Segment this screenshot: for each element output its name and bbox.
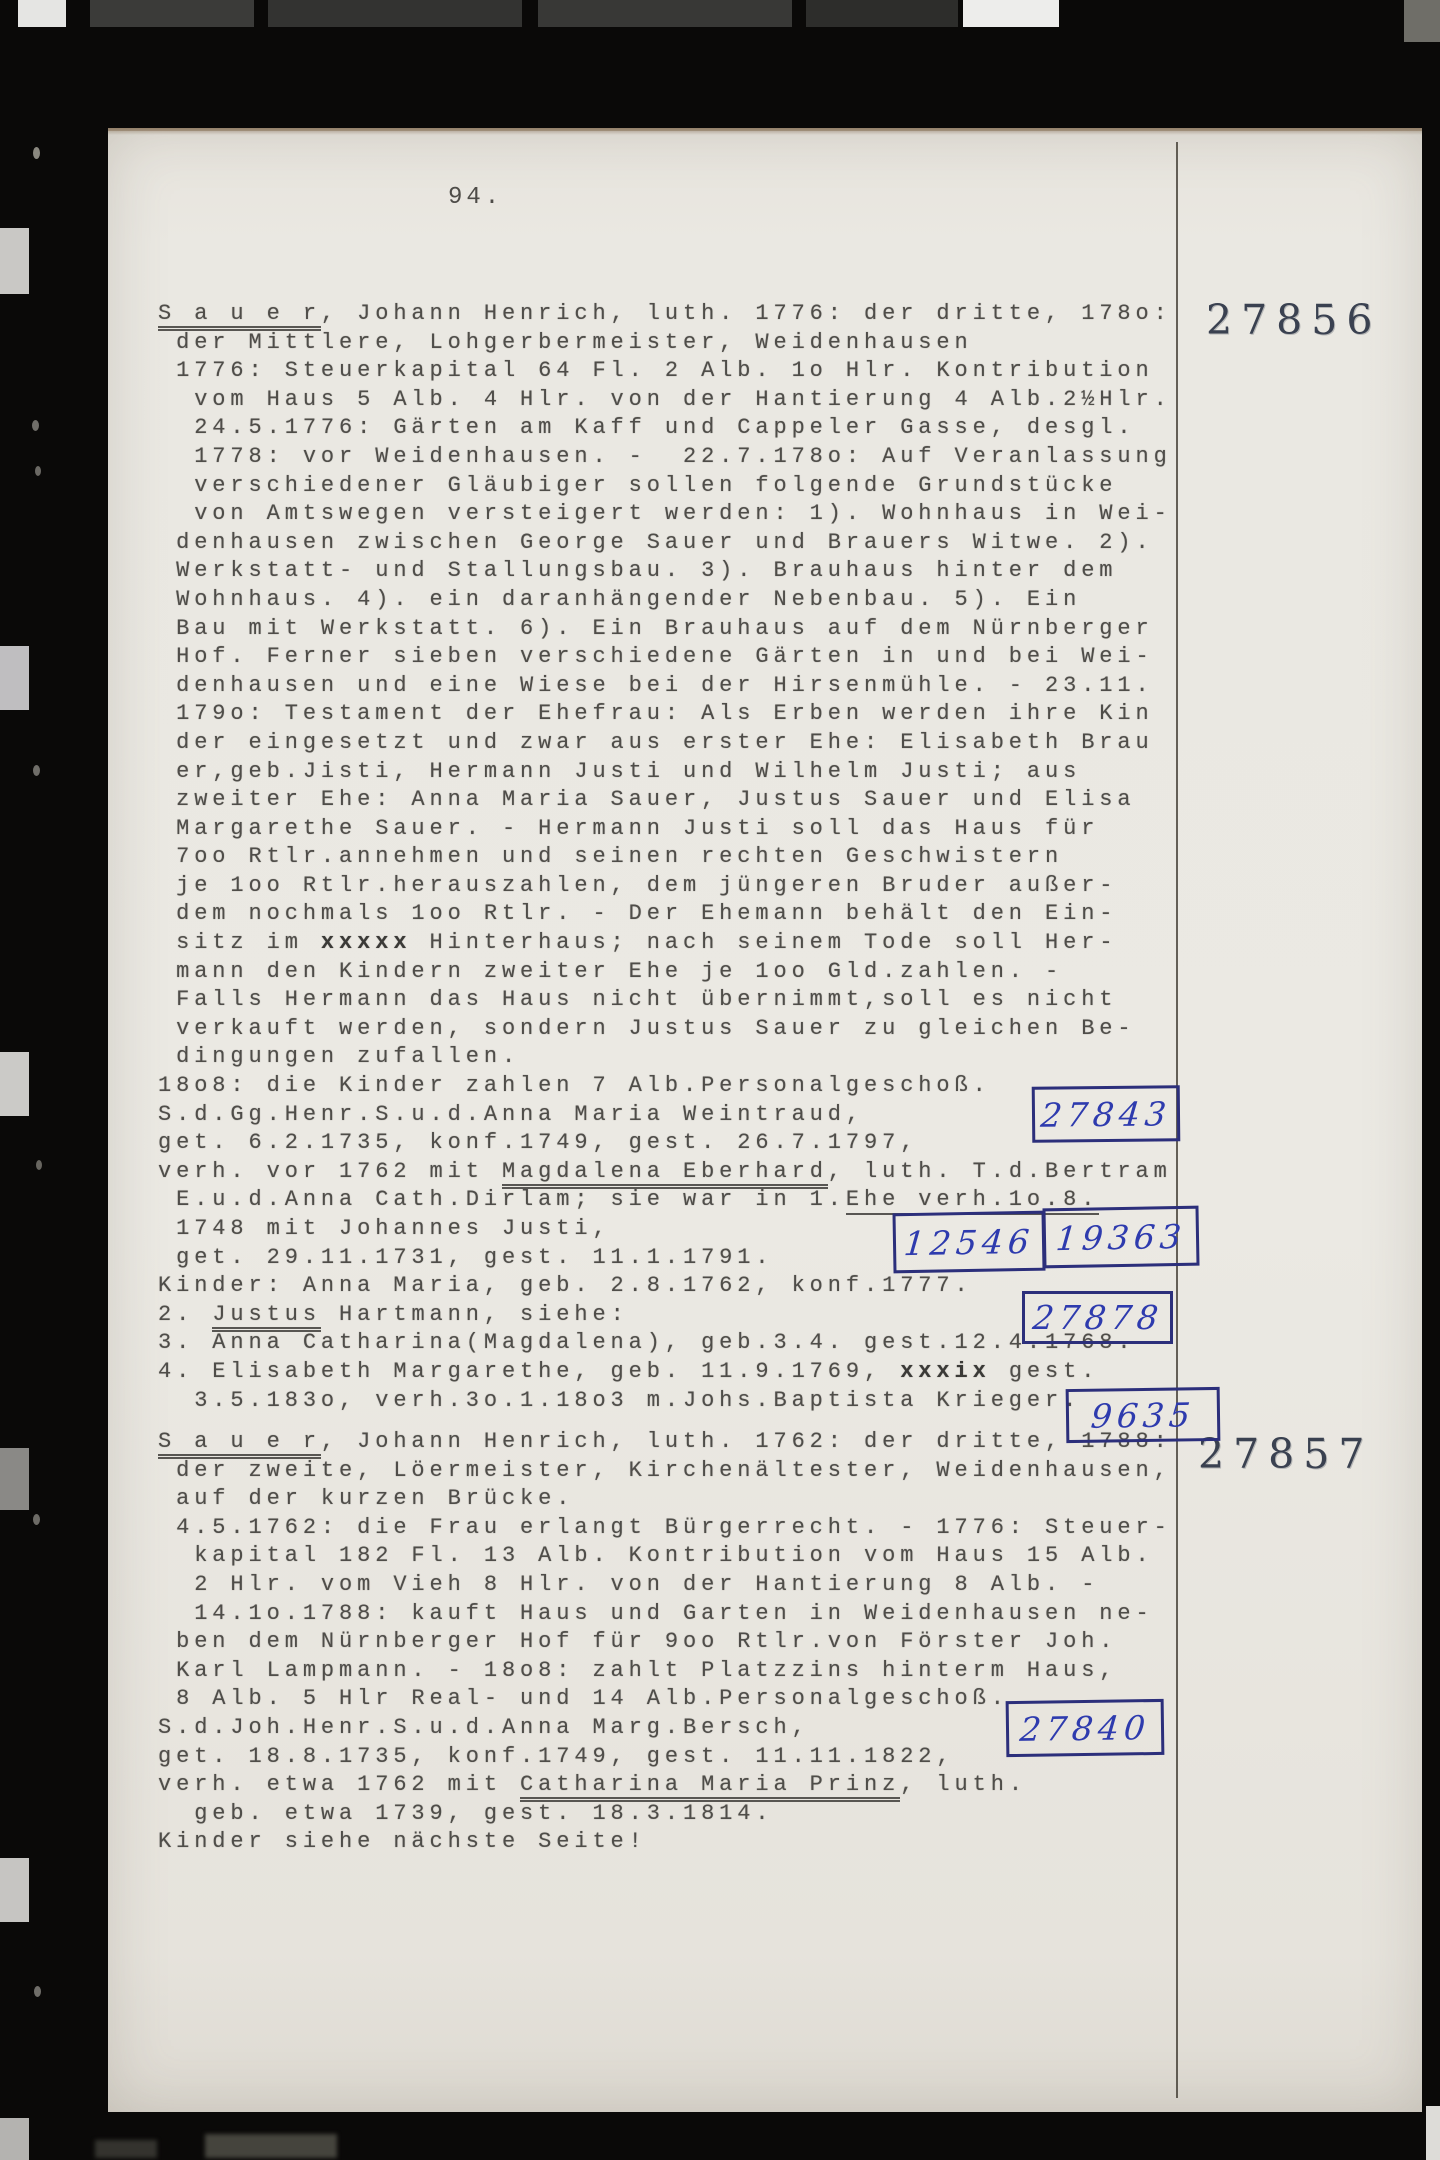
- film-strip-segment: [538, 0, 792, 27]
- reference-number: 9635: [1089, 1395, 1197, 1436]
- text-line: 4.5.1762: die Frau erlangt Bürgerrecht. …: [158, 1514, 1172, 1543]
- text-line: Wohnhaus. 4). ein daranhängender Nebenba…: [158, 586, 1172, 615]
- text-line: 1778: vor Weidenhausen. - 22.7.178o: Auf…: [158, 443, 1172, 472]
- reference-number: 27840: [1018, 1708, 1152, 1749]
- text-line: zweiter Ehe: Anna Maria Sauer, Justus Sa…: [158, 786, 1172, 815]
- reference-box: 27878: [1022, 1291, 1173, 1344]
- text-line: 2. Justus Hartmann, siehe:: [158, 1301, 1172, 1330]
- reference-box: 12546: [892, 1211, 1045, 1274]
- text-line: kapital 182 Fl. 13 Alb. Kontribution vom…: [158, 1542, 1172, 1571]
- entry-sauer-27857: S a u e r, Johann Henrich, luth. 1762: d…: [158, 1428, 1172, 1857]
- text-line: get. 6.2.1735, konf.1749, gest. 26.7.179…: [158, 1129, 1172, 1158]
- scanned-document: 94. 27856 27857 S a u e r, Johann Henric…: [0, 0, 1440, 2160]
- sprocket-hole: [0, 228, 29, 294]
- text-line: je 1oo Rtlr.herauszahlen, dem jüngeren B…: [158, 872, 1172, 901]
- text-line: Kinder siehe nächste Seite!: [158, 1828, 1172, 1857]
- reference-box: 19363: [1042, 1206, 1199, 1269]
- text-line: 4. Elisabeth Margarethe, geb. 11.9.1769,…: [158, 1358, 1172, 1387]
- text-line: 2 Hlr. vom Vieh 8 Hlr. von der Hantierun…: [158, 1571, 1172, 1600]
- reference-number: 27878: [1030, 1298, 1164, 1337]
- text-line: denhausen zwischen George Sauer und Brau…: [158, 529, 1172, 558]
- text-line: verh. vor 1762 mit Magdalena Eberhard, l…: [158, 1158, 1172, 1187]
- text-line: von Amtswegen versteigert werden: 1). Wo…: [158, 500, 1172, 529]
- film-strip-segment: [90, 0, 254, 27]
- film-strip-segment: [806, 0, 958, 27]
- film-frame-marker: [963, 0, 1059, 27]
- reference-box: 27843: [1032, 1085, 1181, 1143]
- film-speck: [36, 1160, 42, 1170]
- archive-stamp-number: 27856: [1206, 296, 1381, 344]
- text-line: 18o8: die Kinder zahlen 7 Alb.Personalge…: [158, 1072, 1172, 1101]
- text-line: verschiedener Gläubiger sollen folgende …: [158, 472, 1172, 501]
- page-number: 94.: [448, 184, 503, 211]
- reference-number: 12546: [902, 1221, 1035, 1262]
- text-line: 3.5.183o, verh.3o.1.18o3 m.Johs.Baptista…: [158, 1387, 1172, 1416]
- text-line: Bau mit Werkstatt. 6). Ein Brauhaus auf …: [158, 615, 1172, 644]
- scan-smudge: [95, 2140, 157, 2158]
- text-line: ben dem Nürnberger Hof für 9oo Rtlr.von …: [158, 1628, 1172, 1657]
- sprocket-hole: [0, 1448, 29, 1510]
- text-line: dingungen zufallen.: [158, 1043, 1172, 1072]
- text-line: sitz im xxxxx Hinterhaus; nach seinem To…: [158, 929, 1172, 958]
- text-line: S.d.Gg.Henr.S.u.d.Anna Maria Weintraud,: [158, 1101, 1172, 1130]
- film-frame-marker: [18, 0, 66, 27]
- text-line: Margarethe Sauer. - Hermann Justi soll d…: [158, 815, 1172, 844]
- text-line: der Mittlere, Lohgerbermeister, Weidenha…: [158, 329, 1172, 358]
- text-line: S a u e r, Johann Henrich, luth. 1762: d…: [158, 1428, 1172, 1457]
- reference-box: 27840: [1006, 1699, 1165, 1757]
- text-line: S a u e r, Johann Henrich, luth. 1776: d…: [158, 300, 1172, 329]
- text-line: verh. etwa 1762 mit Catharina Maria Prin…: [158, 1771, 1172, 1800]
- text-line: Hof. Ferner sieben verschiedene Gärten i…: [158, 643, 1172, 672]
- text-line: 24.5.1776: Gärten am Kaff und Cappeler G…: [158, 414, 1172, 443]
- text-line: 7oo Rtlr.annehmen und seinen rechten Ges…: [158, 843, 1172, 872]
- text-line: der eingesetzt und zwar aus erster Ehe: …: [158, 729, 1172, 758]
- text-line: Kinder: Anna Maria, geb. 2.8.1762, konf.…: [158, 1272, 1172, 1301]
- reference-number: 19363: [1054, 1216, 1187, 1257]
- film-speck: [35, 466, 41, 476]
- text-line: vom Haus 5 Alb. 4 Hlr. von der Hantierun…: [158, 386, 1172, 415]
- film-speck: [33, 765, 40, 776]
- text-line: dem nochmals 1oo Rtlr. - Der Ehemann beh…: [158, 900, 1172, 929]
- sprocket-hole: [0, 2118, 29, 2160]
- text-line: der zweite, Löermeister, Kirchenältester…: [158, 1457, 1172, 1486]
- text-line: auf der kurzen Brücke.: [158, 1485, 1172, 1514]
- page-top-edge: [108, 128, 1422, 135]
- reference-box: 9635: [1066, 1387, 1221, 1443]
- text-line: geb. etwa 1739, gest. 18.3.1814.: [158, 1800, 1172, 1829]
- text-line: er,geb.Jisti, Hermann Justi und Wilhelm …: [158, 758, 1172, 787]
- text-line: 3. Anna Catharina(Magdalena), geb.3.4. g…: [158, 1329, 1172, 1358]
- film-strip-segment: [268, 0, 522, 27]
- scan-smudge: [205, 2134, 337, 2158]
- text-line: Karl Lampmann. - 18o8: zahlt Platzzins h…: [158, 1657, 1172, 1686]
- film-speck: [33, 147, 40, 159]
- text-line: Falls Hermann das Haus nicht übernimmt,s…: [158, 986, 1172, 1015]
- archive-stamp-number: 27857: [1198, 1430, 1373, 1478]
- text-line: Werkstatt- und Stallungsbau. 3). Brauhau…: [158, 557, 1172, 586]
- film-speck: [34, 1986, 41, 1997]
- film-frame-marker: [1426, 2106, 1440, 2160]
- sprocket-hole: [0, 646, 29, 710]
- sprocket-hole: [0, 1858, 29, 1922]
- film-speck: [32, 420, 39, 431]
- text-line: mann den Kindern zweiter Ehe je 1oo Gld.…: [158, 958, 1172, 987]
- text-line: 1776: Steuerkapital 64 Fl. 2 Alb. 1o Hlr…: [158, 357, 1172, 386]
- text-line: 14.1o.1788: kauft Haus und Garten in Wei…: [158, 1600, 1172, 1629]
- text-line: verkauft werden, sondern Justus Sauer zu…: [158, 1015, 1172, 1044]
- reference-number: 27843: [1039, 1094, 1173, 1134]
- sprocket-hole: [0, 1052, 29, 1116]
- text-line: 179o: Testament der Ehefrau: Als Erben w…: [158, 700, 1172, 729]
- text-line: denhausen und eine Wiese bei der Hirsenm…: [158, 672, 1172, 701]
- film-speck: [33, 1514, 40, 1525]
- film-strip-segment: [1404, 0, 1440, 42]
